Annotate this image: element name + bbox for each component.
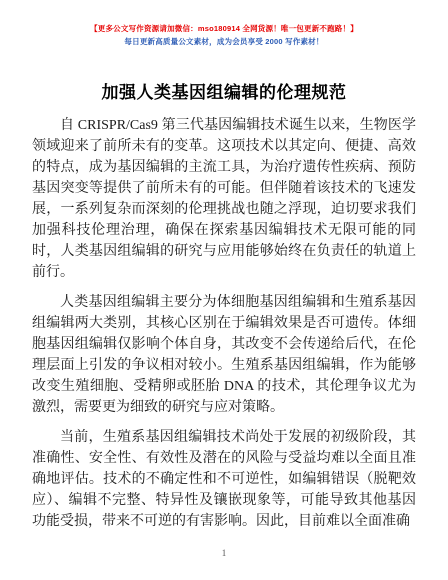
page-title: 加强人类基因组编辑的伦理规范 xyxy=(0,78,448,103)
promo-line-red: 【更多公文写作资源请加微信：mso180914 全网货源！唯一包更新不跑路！】 xyxy=(0,22,448,35)
body-paragraph: 人类基因组编辑主要分为体细胞基因组编辑和生殖系基因组编辑两大类别，其核心区别在于… xyxy=(32,292,416,418)
body-paragraph: 自 CRISPR/Cas9 第三代基因编辑技术诞生以来，生物医学领域迎来了前所未… xyxy=(32,115,416,283)
document-page: 【更多公文写作资源请加微信：mso180914 全网货源！唯一包更新不跑路！】 … xyxy=(0,0,448,580)
promo-header: 【更多公文写作资源请加微信：mso180914 全网货源！唯一包更新不跑路！】 … xyxy=(0,0,448,48)
promo-line-blue: 每日更新高质量公文素材，成为会员享受 2000 写作素材！ xyxy=(0,35,448,48)
page-number: 1 xyxy=(0,548,448,558)
body-paragraph: 当前，生殖系基因组编辑技术尚处于发展的初级阶段，其准确性、安全性、有效性及潜在的… xyxy=(32,427,416,532)
document-body: 自 CRISPR/Cas9 第三代基因编辑技术诞生以来，生物医学领域迎来了前所未… xyxy=(0,115,448,532)
